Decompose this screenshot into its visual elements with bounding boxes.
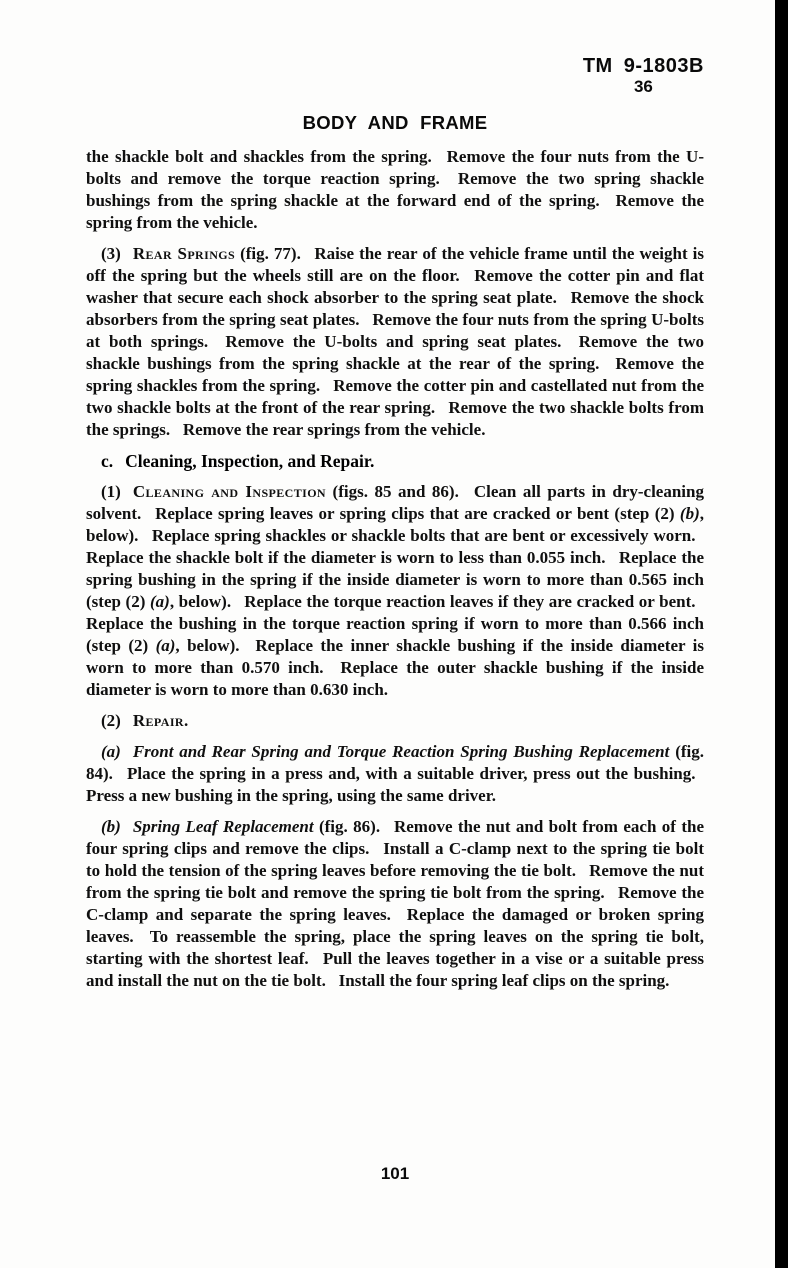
text-run: (b) [101, 817, 121, 836]
heading-cleaning-inspection-repair: c.Cleaning, Inspection, and Repair. [86, 450, 704, 472]
text-run: (fig. 86). Remove the nut and bolt from … [86, 817, 704, 990]
text-run: (3) [101, 244, 121, 263]
text-run: (a) [150, 592, 170, 611]
section-title: BODY AND FRAME [86, 112, 704, 134]
text-run: Cleaning, Inspection, and Repair. [125, 451, 374, 471]
text-run: (1) [101, 482, 121, 501]
text-run: (a) [101, 742, 121, 761]
text-run: the shackle bolt and shackles from the s… [86, 147, 704, 232]
paragraph-spring-leaf-replacement: (b)Spring Leaf Replacement (fig. 86). Re… [86, 816, 704, 992]
text-run: Rear Springs [133, 244, 235, 263]
text-run: , below). Replace the inner shackle bush… [86, 636, 704, 699]
header-page-reference: 36 [583, 77, 704, 96]
text-run: Cleaning and Inspection [133, 482, 326, 501]
text-run: Spring Leaf Replacement [133, 817, 314, 836]
paragraph-cleaning-and-inspection: (1)Cleaning and Inspection (figs. 85 and… [86, 481, 704, 701]
text-run: (a) [156, 636, 176, 655]
text-run: Repair. [133, 711, 189, 730]
scan-edge-artifact [775, 0, 788, 1268]
text-run: c. [101, 451, 113, 471]
paragraph-rear-springs: (3)Rear Springs (fig. 77). Raise the rea… [86, 243, 704, 441]
page-body: the shackle bolt and shackles from the s… [86, 146, 704, 1001]
scanned-manual-page: TM 9-1803B 36 BODY AND FRAME the shackle… [0, 0, 788, 1268]
tm-number: TM 9-1803B [583, 55, 704, 77]
paragraph-bushing-replacement: (a)Front and Rear Spring and Torque Reac… [86, 741, 704, 807]
text-run: (fig. 77). Raise the rear of the vehicle… [86, 244, 704, 439]
text-run: (2) [101, 711, 121, 730]
folio-page-number: 101 [86, 1164, 704, 1184]
paragraph-front-springs-continuation: the shackle bolt and shackles from the s… [86, 146, 704, 234]
text-run: Front and Rear Spring and Torque Reactio… [133, 742, 670, 761]
document-header: TM 9-1803B 36 [583, 55, 704, 96]
text-run: (b) [680, 504, 700, 523]
paragraph-repair: (2)Repair. [86, 710, 704, 732]
